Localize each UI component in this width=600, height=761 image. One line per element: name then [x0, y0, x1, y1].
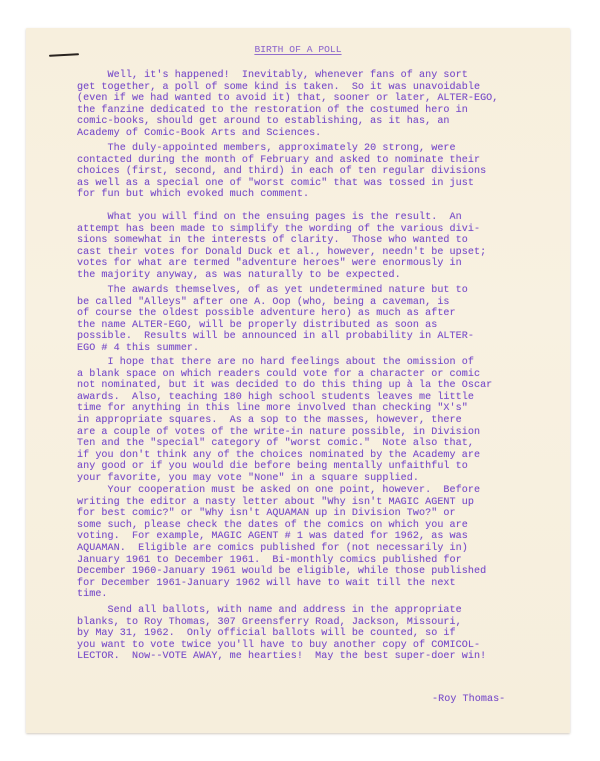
text-line: be called "Alleys" after one A. Oop (who… — [77, 297, 557, 309]
text-line: Your cooperation must be asked on one po… — [77, 485, 557, 497]
text-line: What you will find on the ensuing pages … — [77, 212, 557, 224]
text-line: attempt has been made to simplify the wo… — [77, 224, 557, 236]
text-line: blanks, to Roy Thomas, 307 Greensferry R… — [77, 617, 557, 629]
text-line: December 1960-January 1961 would be elig… — [77, 566, 557, 578]
text-line: not nominated, but it was decided to do … — [77, 380, 557, 392]
text-line: LECTOR. Now--VOTE AWAY, me hearties! May… — [77, 651, 557, 663]
text-line: Ten and the "special" category of "worst… — [77, 438, 557, 450]
text-line: time for anything in this line more invo… — [77, 403, 557, 415]
typewritten-page: BIRTH OF A POLL Well, it's happened! Ine… — [26, 28, 570, 733]
text-line: Send all ballots, with name and address … — [77, 605, 557, 617]
text-line: by May 31, 1962. Only official ballots w… — [77, 628, 557, 640]
text-line: awards. Also, teaching 180 high school s… — [77, 392, 557, 404]
text-line: a blank space on which readers could vot… — [77, 369, 557, 381]
text-line: get together, a poll of some kind is tak… — [77, 82, 557, 94]
text-line: Well, it's happened! Inevitably, wheneve… — [77, 70, 557, 82]
text-line: comic-books, should get around to establ… — [77, 116, 557, 128]
text-line: as well as a special one of "worst comic… — [77, 178, 557, 190]
text-line: the name ALTER-EGO, will be properly dis… — [77, 320, 557, 332]
page-title: BIRTH OF A POLL — [26, 44, 570, 56]
text-line: I hope that there are no hard feelings a… — [77, 357, 557, 369]
text-line: the majority anyway, as was naturally to… — [77, 270, 557, 282]
paragraph-cooperation: Your cooperation must be asked on one po… — [77, 485, 557, 601]
text-line: writing the editor a nasty letter about … — [77, 497, 557, 509]
text-line: sions somewhat in the interests of clari… — [77, 235, 557, 247]
text-line: choices (first, second, and third) in ea… — [77, 166, 557, 178]
text-line: time. — [77, 589, 557, 601]
paragraph-intro: Well, it's happened! Inevitably, wheneve… — [77, 70, 557, 140]
text-line: possible. Results will be announced in a… — [77, 331, 557, 343]
text-line: for best comic?" or "Why isn't AQUAMAN u… — [77, 508, 557, 520]
text-line: The duly-appointed members, approximatel… — [77, 143, 557, 155]
paragraph-members: The duly-appointed members, approximatel… — [77, 143, 557, 201]
text-line: if you don't think any of the choices no… — [77, 450, 557, 462]
paragraph-result: What you will find on the ensuing pages … — [77, 212, 557, 282]
text-line: any good or if you would die before bein… — [77, 461, 557, 473]
text-line: cast their votes for Donald Duck et al.,… — [77, 247, 557, 259]
text-line: are a couple of votes of the write-in na… — [77, 427, 557, 439]
text-line: contacted during the month of February a… — [77, 155, 557, 167]
text-line: in appropriate squares. As a sop to the … — [77, 415, 557, 427]
text-line: voting. For example, MAGIC AGENT # 1 was… — [77, 531, 557, 543]
text-line: votes for what are termed "adventure her… — [77, 258, 557, 270]
text-line: for fun but which evoked much comment. — [77, 189, 557, 201]
text-line: your favorite, you may vote "None" in a … — [77, 473, 557, 485]
signature: -Roy Thomas- — [432, 694, 505, 706]
text-line: Academy of Comic-Book Arts and Sciences. — [77, 128, 557, 140]
paragraph-awards: The awards themselves, of as yet undeter… — [77, 285, 557, 355]
text-line: the fanzine dedicated to the restoration… — [77, 105, 557, 117]
text-line: EGO # 4 this summer. — [77, 343, 557, 355]
text-line: you want to vote twice you'll have to bu… — [77, 640, 557, 652]
text-line: for December 1961-January 1962 will have… — [77, 578, 557, 590]
text-line: (even if we had wanted to avoid it) that… — [77, 93, 557, 105]
text-line: The awards themselves, of as yet undeter… — [77, 285, 557, 297]
text-line: January 1961 to December 1961. Bi-monthl… — [77, 555, 557, 567]
paragraph-send-ballots: Send all ballots, with name and address … — [77, 605, 557, 663]
paragraph-omission: I hope that there are no hard feelings a… — [77, 357, 557, 485]
text-line: some such, please check the dates of the… — [77, 520, 557, 532]
text-line: AQUAMAN. Eligible are comics published f… — [77, 543, 557, 555]
text-line: of course the oldest possible adventure … — [77, 308, 557, 320]
